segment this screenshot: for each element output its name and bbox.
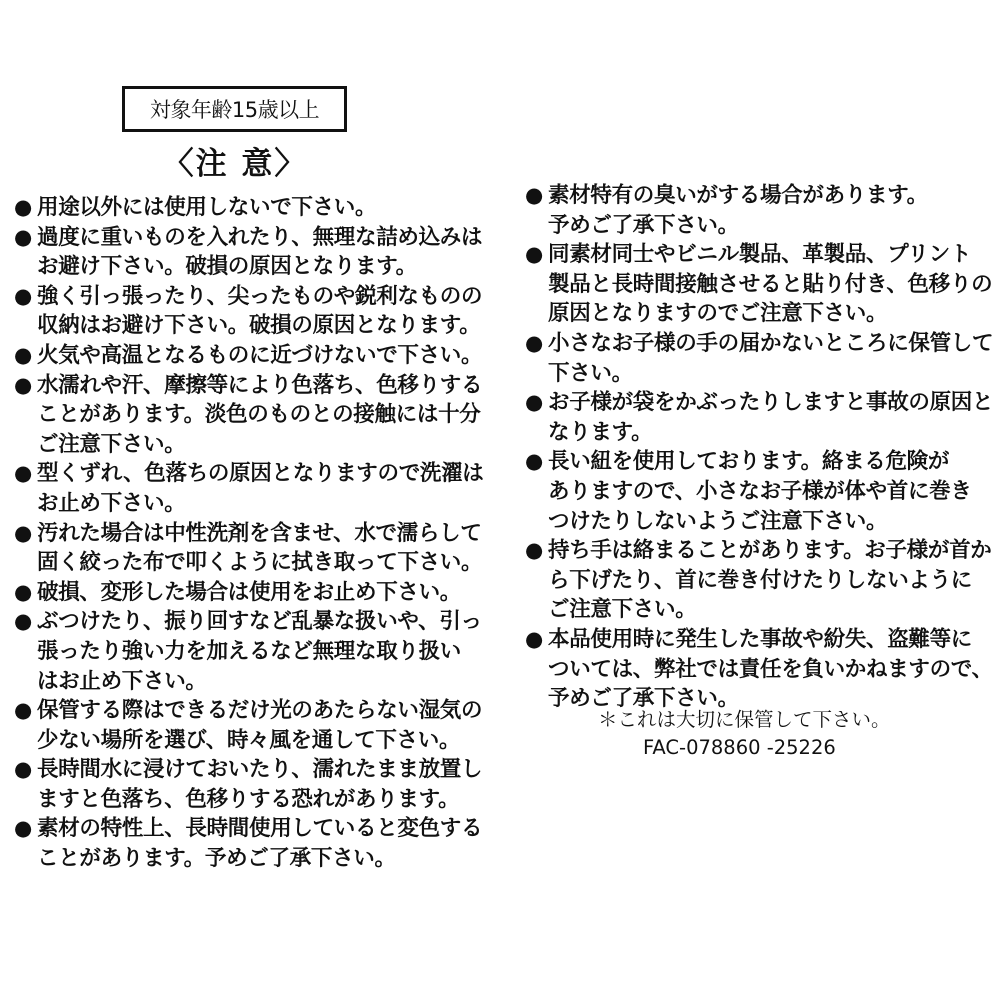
caution-text: なります。	[548, 420, 652, 445]
caution-item: ●本品使用時に発生した事故や紛失、盗難等については、弊社では責任を負いかねますの…	[525, 625, 990, 714]
product-code: FAC-078860 -25226	[643, 736, 836, 759]
caution-line: ●水濡れや汗、摩擦等により色落ち、色移りする	[14, 371, 494, 401]
bullet-icon: ●	[14, 341, 37, 371]
caution-text: ありますので、小さなお子様が体や首に巻き	[548, 479, 972, 504]
age-notice-box: 対象年齢15歳以上	[122, 86, 347, 132]
caution-line: ●保管する際はできるだけ光のあたらない湿気の	[14, 696, 494, 726]
age-notice-text: 対象年齢15歳以上	[150, 94, 319, 124]
caution-text: ことがあります。予めご了承下さい。	[37, 846, 396, 871]
caution-item: ●長時間水に浸けておいたり、濡れたまま放置しますと色落ち、色移りする恐れがありま…	[14, 755, 494, 814]
caution-line: ●長時間水に浸けておいたり、濡れたまま放置し	[14, 755, 494, 785]
caution-line: お避け下さい。破損の原因となります。	[14, 252, 494, 282]
caution-text: お止め下さい。	[37, 491, 185, 516]
caution-line: 収納はお避け下さい。破損の原因となります。	[14, 311, 494, 341]
caution-item: ●長い紐を使用しております。絡まる危険がありますので、小さなお子様が体や首に巻き…	[525, 447, 990, 536]
caution-line: ●火気や高温となるものに近づけないで下さい。	[14, 341, 494, 371]
caution-text: ご注意下さい。	[548, 597, 696, 622]
caution-text: 同素材同士やビニル製品、革製品、プリント	[548, 242, 971, 267]
caution-item: ●過度に重いものを入れたり、無理な詰め込みはお避け下さい。破損の原因となります。	[14, 223, 494, 282]
caution-text: 製品と長時間接触させると貼り付き、色移りの	[548, 272, 992, 297]
bullet-icon: ●	[14, 459, 37, 489]
caution-item: ●素材特有の臭いがする場合があります。予めご了承下さい。	[525, 181, 990, 240]
caution-item: ●水濡れや汗、摩擦等により色落ち、色移りすることがあります。淡色のものとの接触に…	[14, 371, 494, 460]
caution-line: ●用途以外には使用しないで下さい。	[14, 193, 494, 223]
caution-text: 保管する際はできるだけ光のあたらない湿気の	[37, 698, 482, 723]
caution-text: 小さなお子様の手の届かないところに保管して	[548, 331, 993, 356]
caution-text: 下さい。	[548, 361, 633, 386]
caution-text: 素材の特性上、長時間使用していると変色する	[37, 816, 482, 841]
caution-line: ●ぶつけたり、振り回すなど乱暴な扱いや、引っ	[14, 607, 494, 637]
caution-line: ●本品使用時に発生した事故や紛失、盗難等に	[525, 625, 990, 655]
caution-line: ●持ち手は絡まることがあります。お子様が首か	[525, 536, 990, 566]
caution-item: ●小さなお子様の手の届かないところに保管して下さい。	[525, 329, 990, 388]
caution-text: お避け下さい。破損の原因となります。	[37, 254, 417, 279]
caution-line: ●素材の特性上、長時間使用していると変色する	[14, 814, 494, 844]
caution-line: つけたりしないようご注意下さい。	[525, 507, 990, 537]
caution-text: 長い紐を使用しております。絡まる危険が	[548, 449, 949, 474]
caution-line: ●素材特有の臭いがする場合があります。	[525, 181, 990, 211]
caution-text: ら下げたり、首に巻き付けたりしないように	[548, 568, 972, 593]
caution-line: 原因となりますのでご注意下さい。	[525, 299, 990, 329]
bullet-icon: ●	[14, 755, 37, 785]
caution-title: 〈注 意〉	[150, 138, 320, 183]
caution-item: ●保管する際はできるだけ光のあたらない湿気の少ない場所を選び、時々風を通して下さ…	[14, 696, 494, 755]
caution-line: ●お子様が袋をかぶったりしますと事故の原因と	[525, 388, 990, 418]
caution-text: ぶつけたり、振り回すなど乱暴な扱いや、引っ	[37, 609, 482, 634]
caution-item: ●火気や高温となるものに近づけないで下さい。	[14, 341, 494, 371]
caution-line: ●汚れた場合は中性洗剤を含ませ、水で濡らして	[14, 519, 494, 549]
bullet-icon: ●	[14, 282, 37, 312]
caution-text: 長時間水に浸けておいたり、濡れたまま放置し	[37, 757, 482, 782]
bullet-icon: ●	[525, 181, 548, 211]
bullet-icon: ●	[525, 388, 548, 418]
bullet-icon: ●	[14, 814, 37, 844]
caution-line: ●過度に重いものを入れたり、無理な詰め込みは	[14, 223, 494, 253]
caution-text: ついては、弊社では責任を負いかねますので、	[548, 657, 993, 682]
caution-item: ●持ち手は絡まることがあります。お子様が首から下げたり、首に巻き付けたりしないよ…	[525, 536, 990, 625]
caution-line: ●型くずれ、色落ちの原因となりますので洗濯は	[14, 459, 494, 489]
caution-line: 予めご了承下さい。	[525, 211, 990, 241]
caution-text: はお止め下さい。	[37, 669, 207, 694]
caution-line: 固く絞った布で叩くように拭き取って下さい。	[14, 548, 494, 578]
bullet-icon: ●	[14, 371, 37, 401]
caution-item: ●汚れた場合は中性洗剤を含ませ、水で濡らして固く絞った布で叩くように拭き取って下…	[14, 519, 494, 578]
caution-line: ありますので、小さなお子様が体や首に巻き	[525, 477, 990, 507]
caution-text: 用途以外には使用しないで下さい。	[37, 195, 376, 220]
caution-line: ●破損、変形した場合は使用をお止め下さい。	[14, 578, 494, 608]
caution-text: 強く引っ張ったり、尖ったものや鋭利なものの	[37, 284, 482, 309]
caution-line: はお止め下さい。	[14, 667, 494, 697]
bullet-icon: ●	[14, 607, 37, 637]
bullet-icon: ●	[14, 519, 37, 549]
caution-text: ご注意下さい。	[37, 432, 185, 457]
caution-line: 製品と長時間接触させると貼り付き、色移りの	[525, 270, 990, 300]
caution-text: 持ち手は絡まることがあります。お子様が首か	[548, 538, 991, 563]
caution-text: 張ったり強い力を加えるなど無理な取り扱い	[37, 639, 461, 664]
caution-text: 原因となりますのでご注意下さい。	[548, 301, 887, 326]
caution-text: 本品使用時に発生した事故や紛失、盗難等に	[548, 627, 972, 652]
caution-line: 少ない場所を選び、時々風を通して下さい。	[14, 726, 494, 756]
caution-text: 少ない場所を選び、時々風を通して下さい。	[37, 728, 460, 753]
caution-text: 汚れた場合は中性洗剤を含ませ、水で濡らして	[37, 521, 482, 546]
bullet-icon: ●	[525, 447, 548, 477]
bullet-icon: ●	[14, 193, 37, 223]
caution-text: お子様が袋をかぶったりしますと事故の原因と	[548, 390, 993, 415]
caution-item: ●強く引っ張ったり、尖ったものや鋭利なものの収納はお避け下さい。破損の原因となり…	[14, 282, 494, 341]
caution-text: 破損、変形した場合は使用をお止め下さい。	[37, 580, 461, 605]
caution-item: ●素材の特性上、長時間使用していると変色することがあります。予めご了承下さい。	[14, 814, 494, 873]
caution-text: 固く絞った布で叩くように拭き取って下さい。	[37, 550, 482, 575]
caution-line: ご注意下さい。	[525, 595, 990, 625]
caution-text: 型くずれ、色落ちの原因となりますので洗濯は	[37, 461, 484, 486]
caution-item: ●用途以外には使用しないで下さい。	[14, 193, 494, 223]
caution-item: ●お子様が袋をかぶったりしますと事故の原因となります。	[525, 388, 990, 447]
caution-line: 下さい。	[525, 359, 990, 389]
caution-line: なります。	[525, 418, 990, 448]
caution-line: ことがあります。予めご了承下さい。	[14, 844, 494, 874]
caution-line: ことがあります。淡色のものとの接触には十分	[14, 400, 494, 430]
bullet-icon: ●	[14, 223, 37, 253]
caution-item: ●同素材同士やビニル製品、革製品、プリント製品と長時間接触させると貼り付き、色移…	[525, 240, 990, 329]
caution-text: 素材特有の臭いがする場合があります。	[548, 183, 928, 208]
caution-text: 火気や高温となるものに近づけないで下さい。	[37, 343, 482, 368]
storage-note: ＊これは大切に保管して下さい。	[598, 704, 891, 732]
caution-list-right: ●素材特有の臭いがする場合があります。予めご了承下さい。●同素材同士やビニル製品…	[525, 181, 990, 714]
caution-text: 水濡れや汗、摩擦等により色落ち、色移りする	[37, 373, 482, 398]
caution-item: ●ぶつけたり、振り回すなど乱暴な扱いや、引っ張ったり強い力を加えるなど無理な取り…	[14, 607, 494, 696]
bullet-icon: ●	[525, 329, 548, 359]
bullet-icon: ●	[525, 240, 548, 270]
caution-line: ついては、弊社では責任を負いかねますので、	[525, 655, 990, 685]
caution-list-left: ●用途以外には使用しないで下さい。●過度に重いものを入れたり、無理な詰め込みはお…	[14, 193, 494, 874]
caution-text: ことがあります。淡色のものとの接触には十分	[37, 402, 480, 427]
caution-line: 張ったり強い力を加えるなど無理な取り扱い	[14, 637, 494, 667]
caution-line: ●小さなお子様の手の届かないところに保管して	[525, 329, 990, 359]
caution-line: ●強く引っ張ったり、尖ったものや鋭利なものの	[14, 282, 494, 312]
caution-line: ら下げたり、首に巻き付けたりしないように	[525, 566, 990, 596]
caution-line: ●長い紐を使用しております。絡まる危険が	[525, 447, 990, 477]
caution-text: 過度に重いものを入れたり、無理な詰め込みは	[37, 225, 482, 250]
caution-line: お止め下さい。	[14, 489, 494, 519]
caution-line: ご注意下さい。	[14, 430, 494, 460]
caution-item: ●型くずれ、色落ちの原因となりますので洗濯はお止め下さい。	[14, 459, 494, 518]
caution-text: ますと色落ち、色移りする恐れがあります。	[37, 787, 459, 812]
caution-line: ●同素材同士やビニル製品、革製品、プリント	[525, 240, 990, 270]
bullet-icon: ●	[525, 625, 548, 655]
caution-text: 収納はお避け下さい。破損の原因となります。	[37, 313, 480, 338]
caution-line: ますと色落ち、色移りする恐れがあります。	[14, 785, 494, 815]
bullet-icon: ●	[14, 578, 37, 608]
bullet-icon: ●	[14, 696, 37, 726]
caution-text: つけたりしないようご注意下さい。	[548, 509, 887, 534]
caution-item: ●破損、変形した場合は使用をお止め下さい。	[14, 578, 494, 608]
caution-text: 予めご了承下さい。	[548, 213, 739, 238]
bullet-icon: ●	[525, 536, 548, 566]
